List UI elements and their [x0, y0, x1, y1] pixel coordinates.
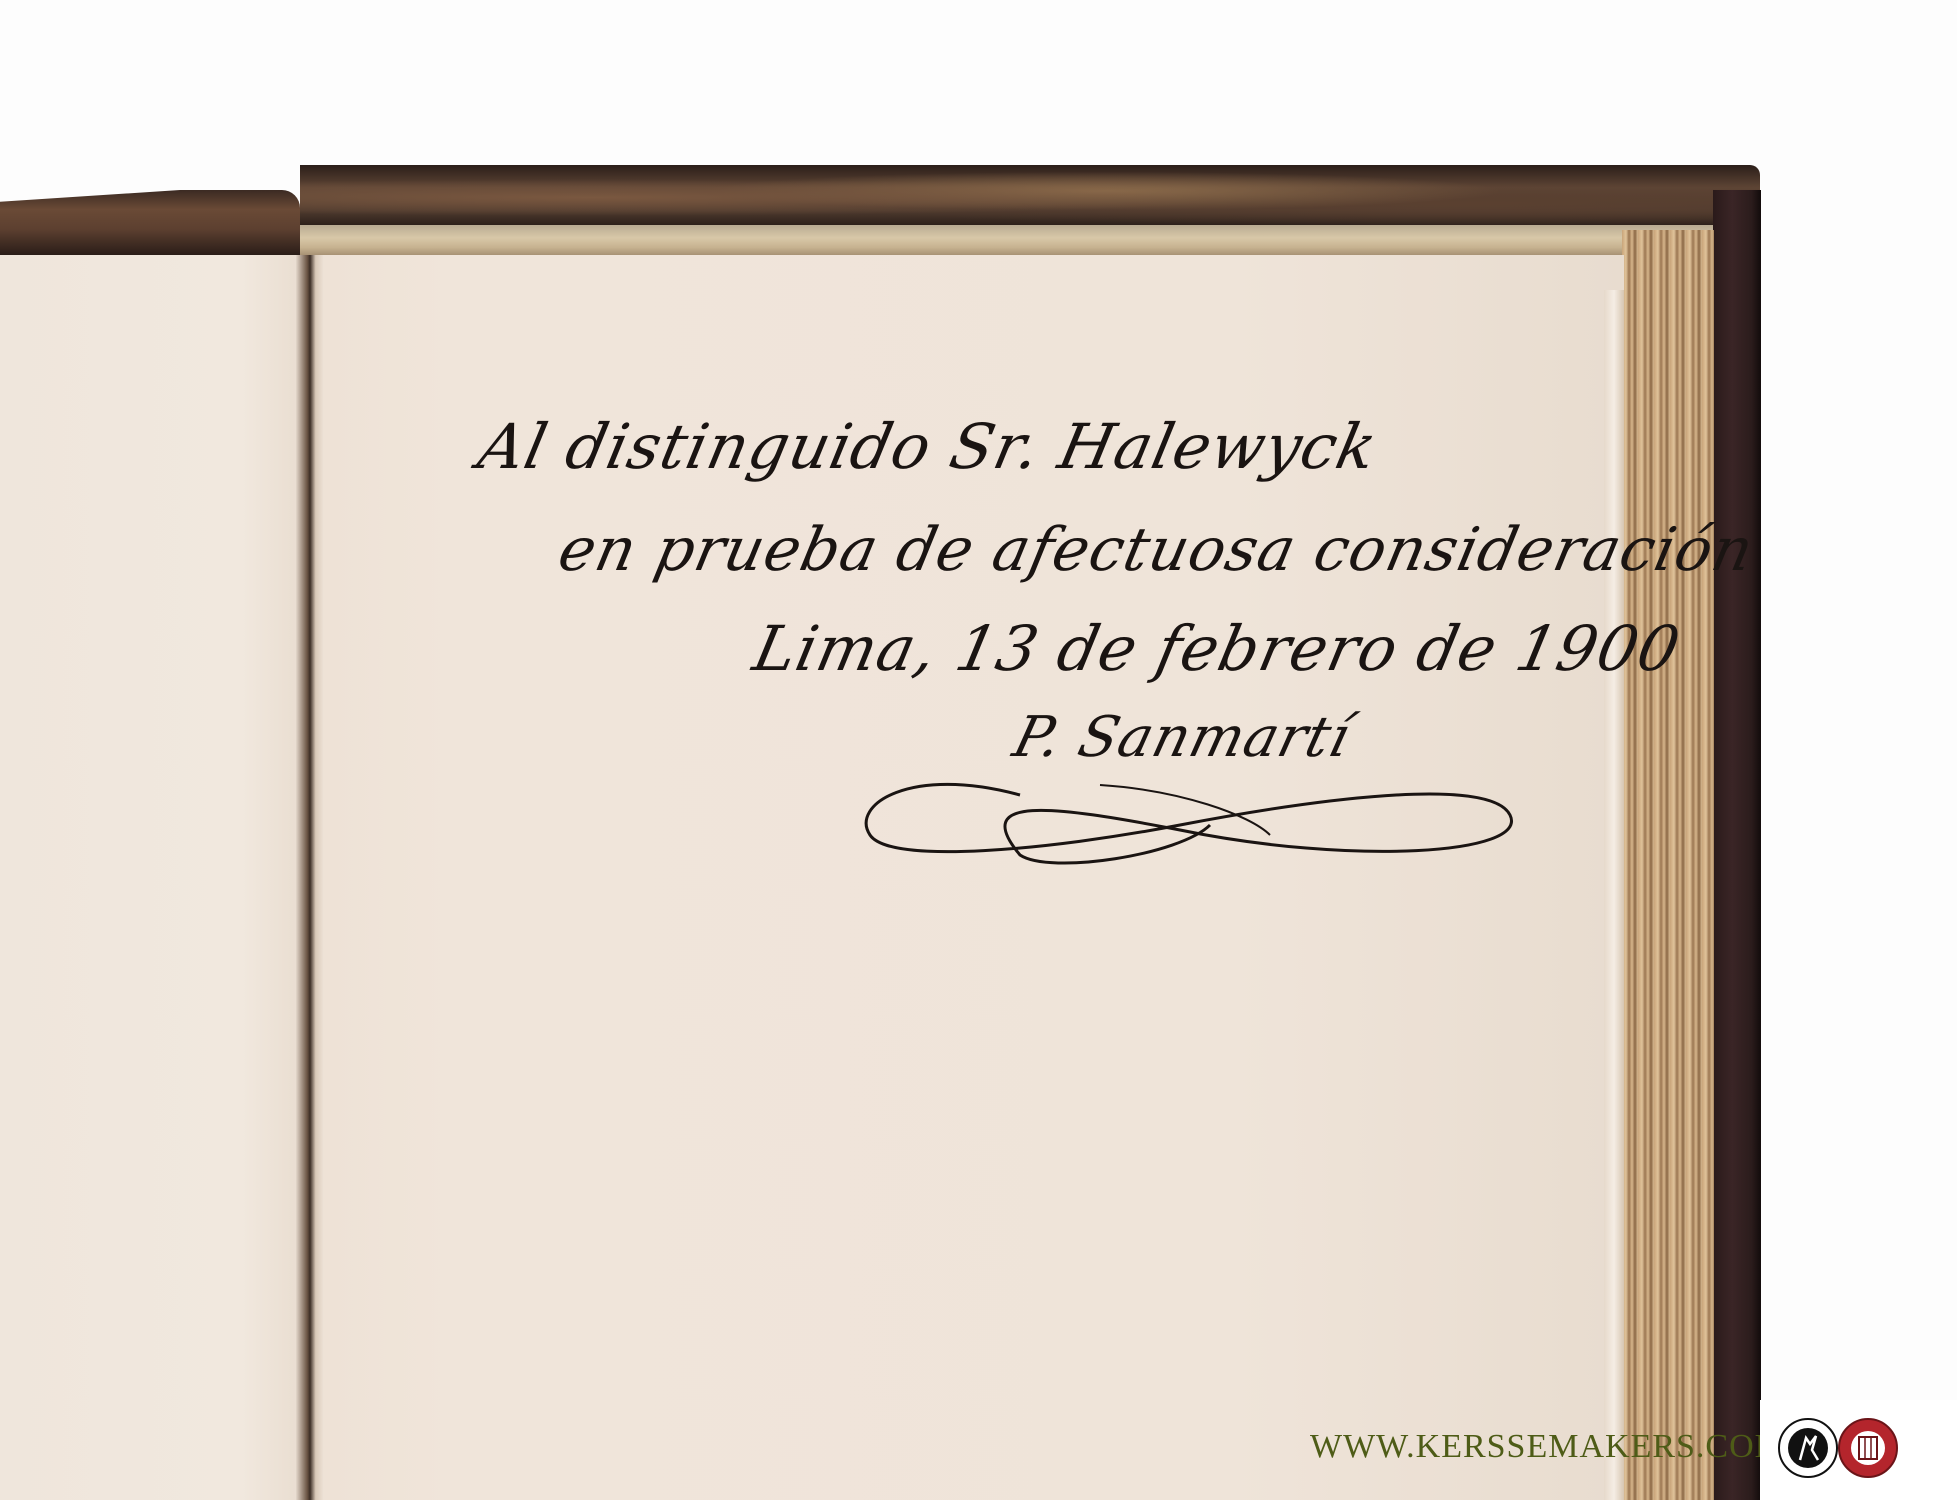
left-page	[0, 255, 302, 1500]
book-cover-top-right	[300, 165, 1760, 230]
inscription-line-1: Al distinguido Sr. Halewyck	[472, 410, 1384, 483]
book-cover-top-left	[0, 190, 300, 255]
nva-logo-icon	[1778, 1418, 1838, 1478]
inscription-line-3: Lima, 13 de febrero de 1900	[747, 612, 1687, 685]
gilt-top-edge	[300, 225, 1715, 257]
page-edge-shadow	[1604, 290, 1624, 1500]
watermark-text: WWW.KERSSEMAKERS.COM	[1310, 1428, 1786, 1465]
book-gutter	[296, 255, 324, 1500]
watermark: WWW.KERSSEMAKERS.COM©	[1310, 1428, 1799, 1466]
signature-flourish-icon	[850, 755, 1530, 875]
book-cover-right-edge	[1713, 190, 1761, 1500]
inscription-line-2: en prueba de afectuosa consideración	[553, 515, 1760, 585]
ilab-logo-icon	[1838, 1418, 1898, 1478]
gilt-fore-edge	[1622, 230, 1714, 1500]
